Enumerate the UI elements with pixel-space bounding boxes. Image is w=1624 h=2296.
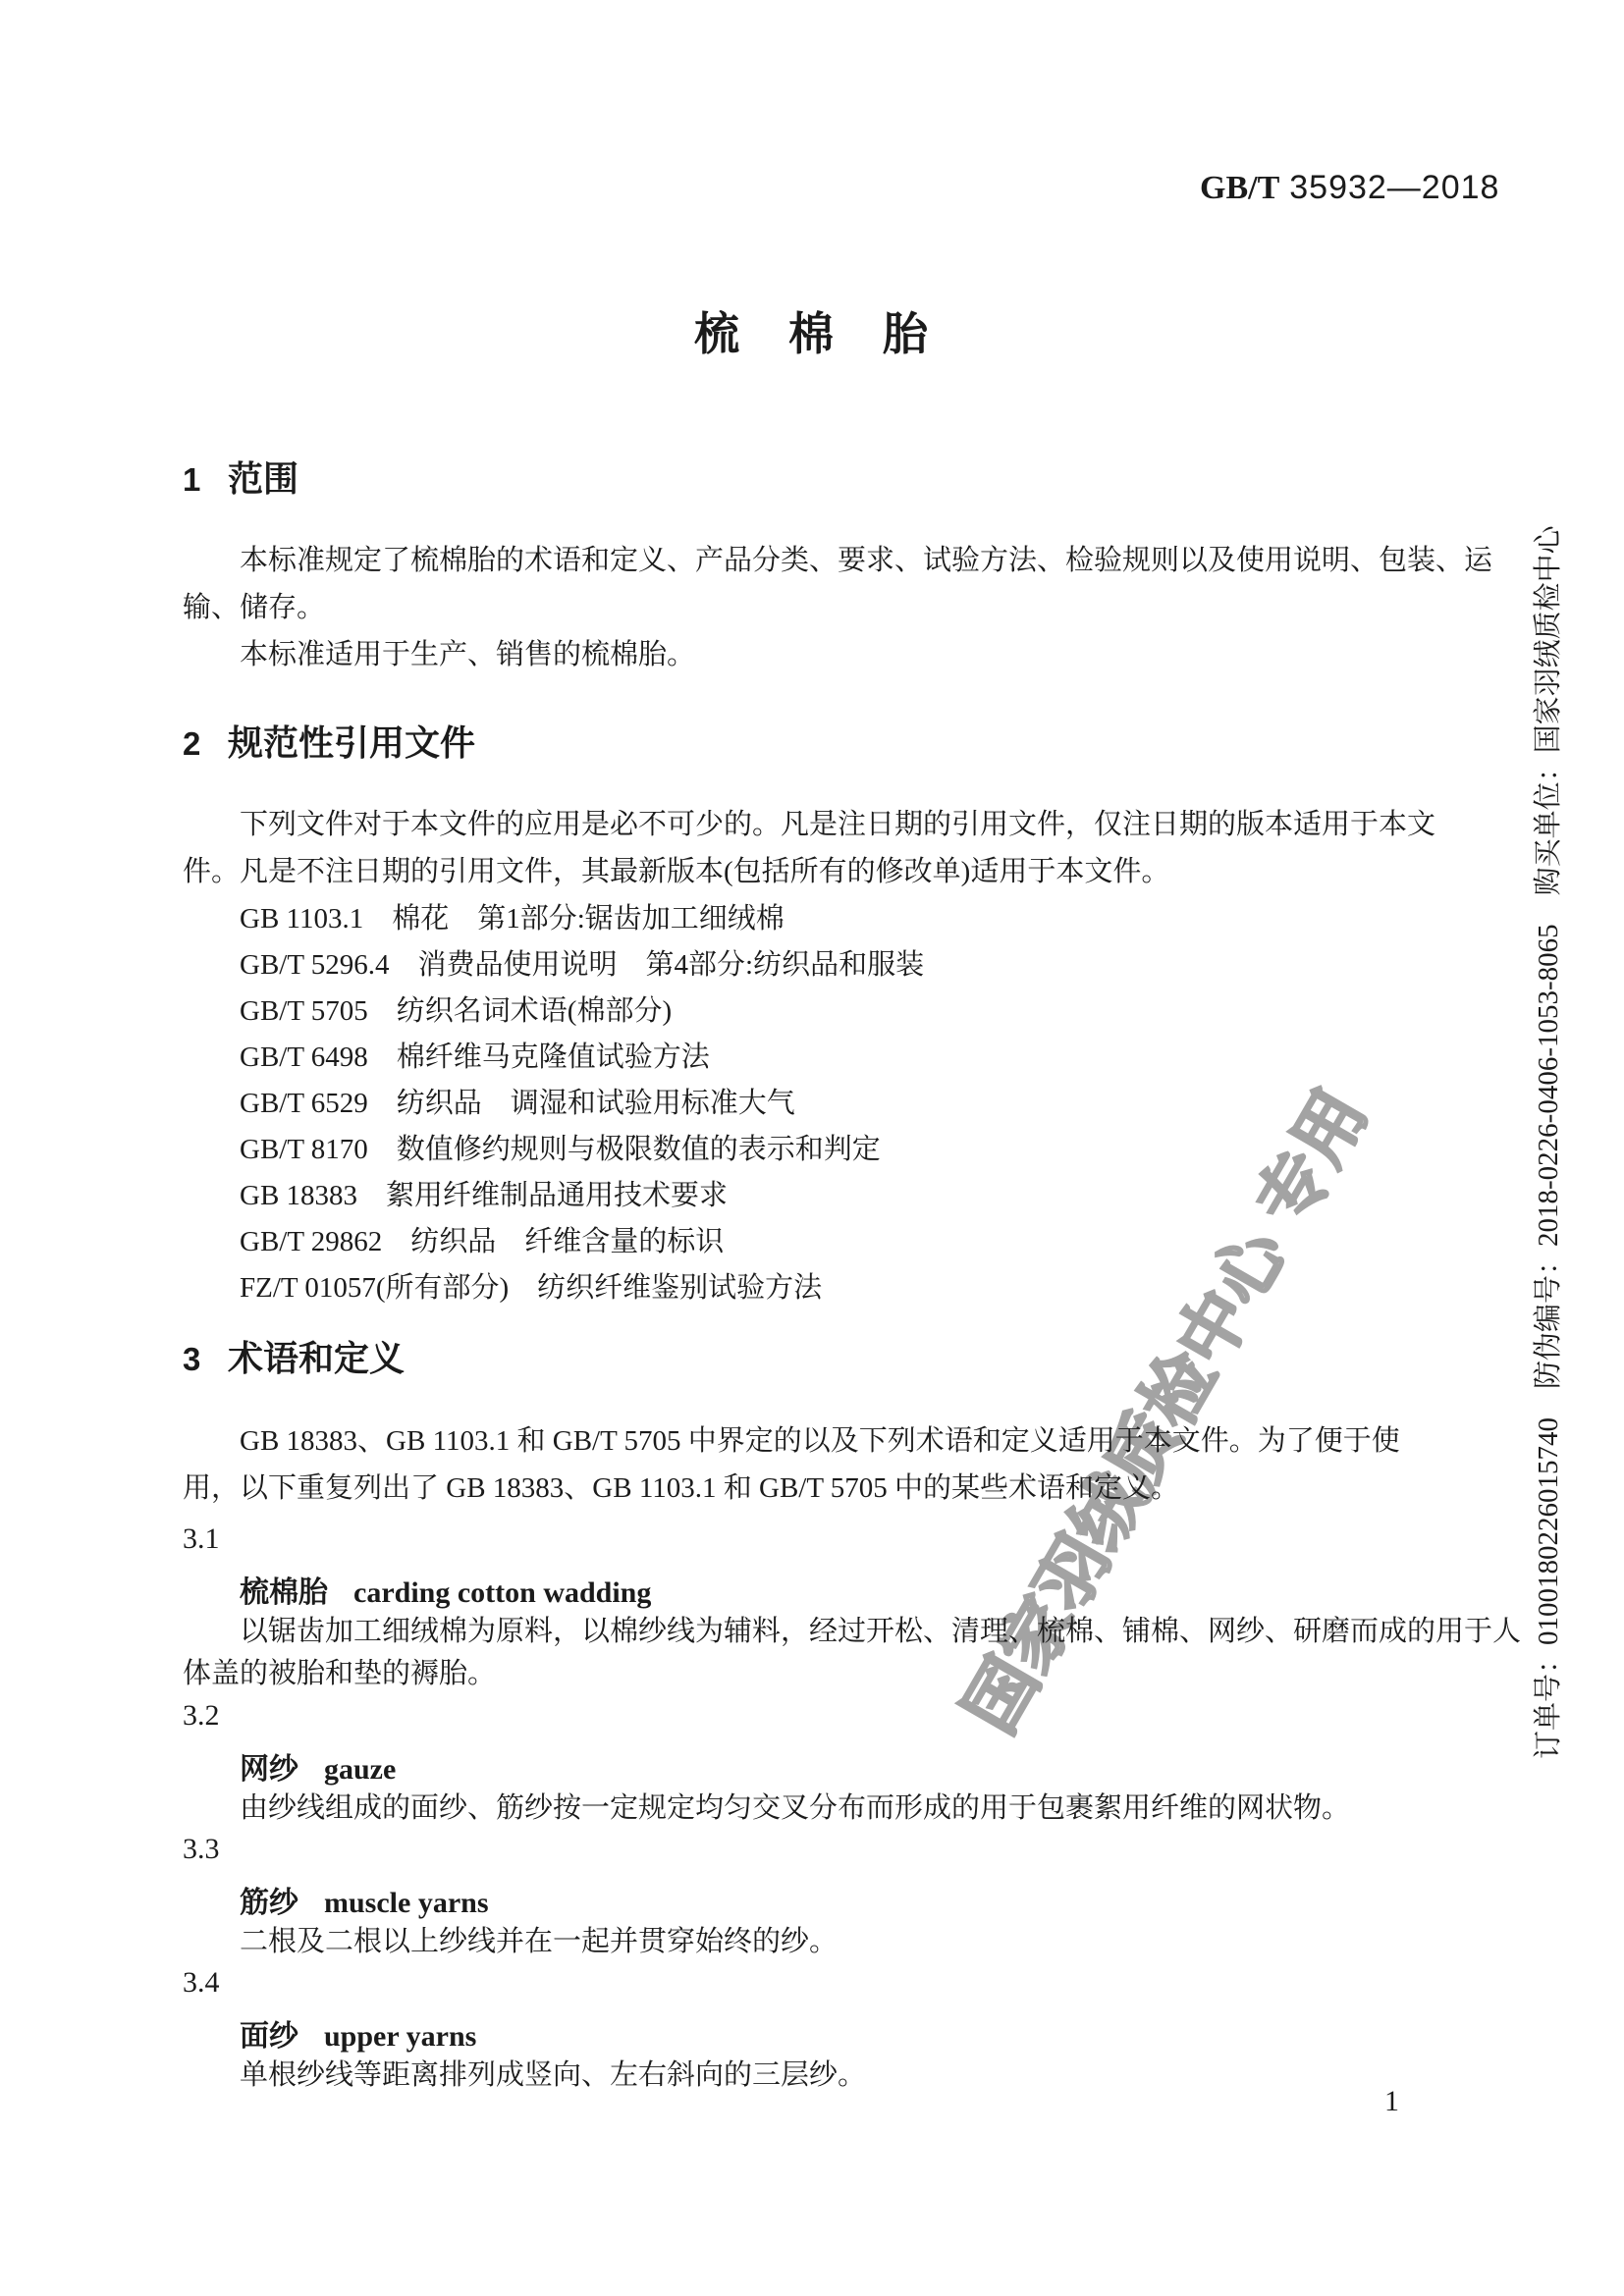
page-number: 1: [1384, 2085, 1399, 2118]
term-3-4-definition: 单根纱线等距离排列成竖向、左右斜向的三层纱。: [183, 2056, 866, 2095]
reference-item: FZ/T 01057(所有部分) 纺织纤维鉴别试验方法: [183, 1268, 822, 1308]
section-1-number: 1: [183, 461, 228, 499]
section-2-number: 2: [183, 725, 228, 763]
section-2-label: 规范性引用文件: [228, 722, 475, 763]
refs-intro-line-2: 件。凡是不注日期的引用文件，其最新版本(包括所有的修改单)适用于本文件。: [183, 852, 1169, 891]
term-3-3-number: 3.3: [183, 1833, 220, 1866]
terms-intro-line-1: GB 18383、GB 1103.1 和 GB/T 5705 中界定的以及下列术…: [183, 1421, 1400, 1461]
term-3-2-title: 网纱gauze: [240, 1744, 396, 1788]
term-3-4-title: 面纱upper yarns: [240, 2011, 476, 2055]
term-3-4-chinese: 面纱: [240, 2020, 298, 2053]
term-3-2-chinese: 网纱: [240, 1753, 298, 1786]
term-3-3-chinese: 筋纱: [240, 1887, 298, 1919]
reference-item: GB/T 6498 棉纤维马克隆值试验方法: [183, 1038, 710, 1077]
term-3-2-english: gauze: [324, 1753, 396, 1786]
side-vertical-order-text: 订单号：0100180226015740 防伪编号：2018-0226-0406…: [1526, 525, 1566, 1759]
term-3-4-english: upper yarns: [324, 2020, 476, 2053]
standard-code-prefix: GB/T: [1200, 170, 1279, 206]
document-title: 梳 棉 胎: [0, 298, 1624, 363]
term-3-4-number: 3.4: [183, 1966, 220, 2000]
section-3-label: 术语和定义: [228, 1338, 405, 1378]
reference-item: GB/T 5705 纺织名词术语(棉部分): [183, 991, 672, 1031]
term-3-1-definition-line-2: 体盖的被胎和垫的褥胎。: [183, 1654, 496, 1693]
section-3-heading: 3术语和定义: [183, 1331, 405, 1381]
section-3-number: 3: [183, 1341, 228, 1378]
standard-code-number: 35932—2018: [1289, 169, 1499, 206]
term-3-1-definition-line-1: 以锯齿加工细绒棉为原料，以棉纱线为辅料，经过开松、清理、梳棉、铺棉、网纱、研磨而…: [183, 1612, 1521, 1651]
scope-paragraph-line-2: 输、储存。: [183, 588, 325, 627]
term-3-3-title: 筋纱muscle yarns: [240, 1878, 489, 1921]
section-1-heading: 1范围: [183, 452, 298, 502]
term-3-3-definition: 二根及二根以上纱线并在一起并贯穿始终的纱。: [183, 1922, 838, 1961]
term-3-3-english: muscle yarns: [324, 1887, 489, 1919]
term-3-2-number: 3.2: [183, 1699, 220, 1733]
reference-item: GB 1103.1 棉花 第1部分:锯齿加工细绒棉: [183, 899, 785, 938]
term-3-1-number: 3.1: [183, 1522, 220, 1556]
scope-paragraph-line-1: 本标准规定了梳棉胎的术语和定义、产品分类、要求、试验方法、检验规则以及使用说明、…: [183, 541, 1492, 580]
term-3-2-definition: 由纱线组成的面纱、筋纱按一定规定均匀交叉分布而形成的用于包裹絮用纤维的网状物。: [183, 1789, 1350, 1828]
standard-code: GB/T35932—2018: [1200, 169, 1499, 207]
section-1-label: 范围: [228, 458, 298, 499]
term-3-1-english: carding cotton wadding: [353, 1576, 651, 1609]
reference-item: GB/T 6529 纺织品 调湿和试验用标准大气: [183, 1084, 795, 1123]
standard-document-page: 国家羽绒质检中心 专用 GB/T35932—2018 梳 棉 胎 1范围 本标准…: [0, 0, 1624, 2296]
reference-item: GB/T 8170 数值修约规则与极限数值的表示和判定: [183, 1130, 881, 1169]
term-3-1-chinese: 梳棉胎: [240, 1576, 328, 1609]
scope-paragraph-2: 本标准适用于生产、销售的梳棉胎。: [183, 635, 695, 674]
reference-item: GB/T 5296.4 消费品使用说明 第4部分:纺织品和服装: [183, 945, 924, 985]
terms-intro-line-2: 用，以下重复列出了 GB 18383、GB 1103.1 和 GB/T 5705…: [183, 1468, 1179, 1508]
refs-intro-line-1: 下列文件对于本文件的应用是必不可少的。凡是注日期的引用文件，仅注日期的版本适用于…: [183, 805, 1435, 844]
section-2-heading: 2规范性引用文件: [183, 716, 475, 766]
diagonal-watermark: 国家羽绒质检中心 专用: [925, 1051, 1384, 1758]
term-3-1-title: 梳棉胎carding cotton wadding: [240, 1568, 651, 1611]
reference-item: GB/T 29862 纺织品 纤维含量的标识: [183, 1222, 724, 1261]
reference-item: GB 18383 絮用纤维制品通用技术要求: [183, 1176, 728, 1215]
